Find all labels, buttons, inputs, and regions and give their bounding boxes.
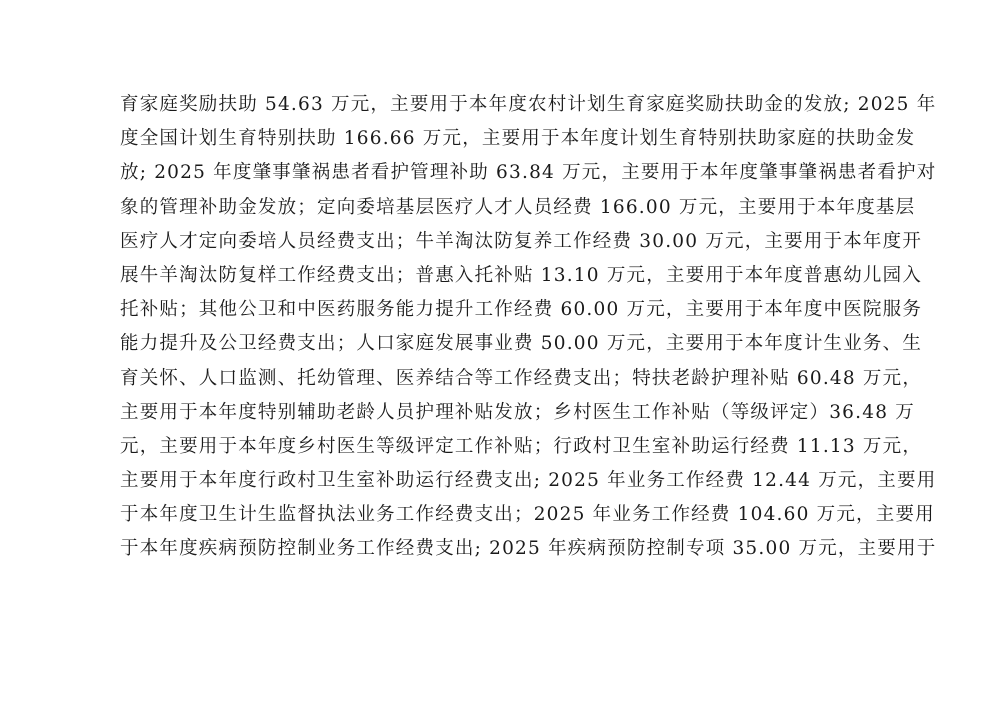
text-line: 度全国计划生育特别扶助 166.66 万元，主要用于本年度计划生育特别扶助家庭的… [120, 122, 880, 156]
text-line: 能力提升及公卫经费支出；人口家庭发展事业费 50.00 万元，主要用于本年度计生… [120, 327, 880, 361]
body-paragraph: 育家庭奖励扶助 54.63 万元，主要用于本年度农村计划生育家庭奖励扶助金的发放… [120, 88, 880, 567]
text-line: 放; 2025 年度肇事肇祸患者看护管理补助 63.84 万元，主要用于本年度肇… [120, 156, 880, 190]
text-line: 象的管理补助金发放；定向委培基层医疗人才人员经费 166.00 万元，主要用于本… [120, 191, 880, 225]
text-line: 于本年度卫生计生监督执法业务工作经费支出；2025 年业务工作经费 104.60… [120, 498, 880, 532]
text-line: 主要用于本年度行政村卫生室补助运行经费支出; 2025 年业务工作经费 12.4… [120, 464, 880, 498]
text-line: 育关怀、人口监测、托幼管理、医养结合等工作经费支出；特扶老龄护理补贴 60.48… [120, 362, 880, 396]
text-line: 主要用于本年度特别辅助老龄人员护理补贴发放；乡村医生工作补贴（等级评定）36.4… [120, 396, 880, 430]
text-line: 医疗人才定向委培人员经费支出；牛羊淘汰防复养工作经费 30.00 万元，主要用于… [120, 225, 880, 259]
text-line: 托补贴；其他公卫和中医药服务能力提升工作经费 60.00 万元，主要用于本年度中… [120, 293, 880, 327]
text-line: 于本年度疾病预防控制业务工作经费支出; 2025 年疾病预防控制专项 35.00… [120, 532, 880, 566]
text-line: 展牛羊淘汰防复样工作经费支出；普惠入托补贴 13.10 万元，主要用于本年度普惠… [120, 259, 880, 293]
text-line: 育家庭奖励扶助 54.63 万元，主要用于本年度农村计划生育家庭奖励扶助金的发放… [120, 88, 880, 122]
text-line: 元，主要用于本年度乡村医生等级评定工作补贴；行政村卫生室补助运行经费 11.13… [120, 430, 880, 464]
document-page: 育家庭奖励扶助 54.63 万元，主要用于本年度农村计划生育家庭奖励扶助金的发放… [0, 0, 1000, 706]
